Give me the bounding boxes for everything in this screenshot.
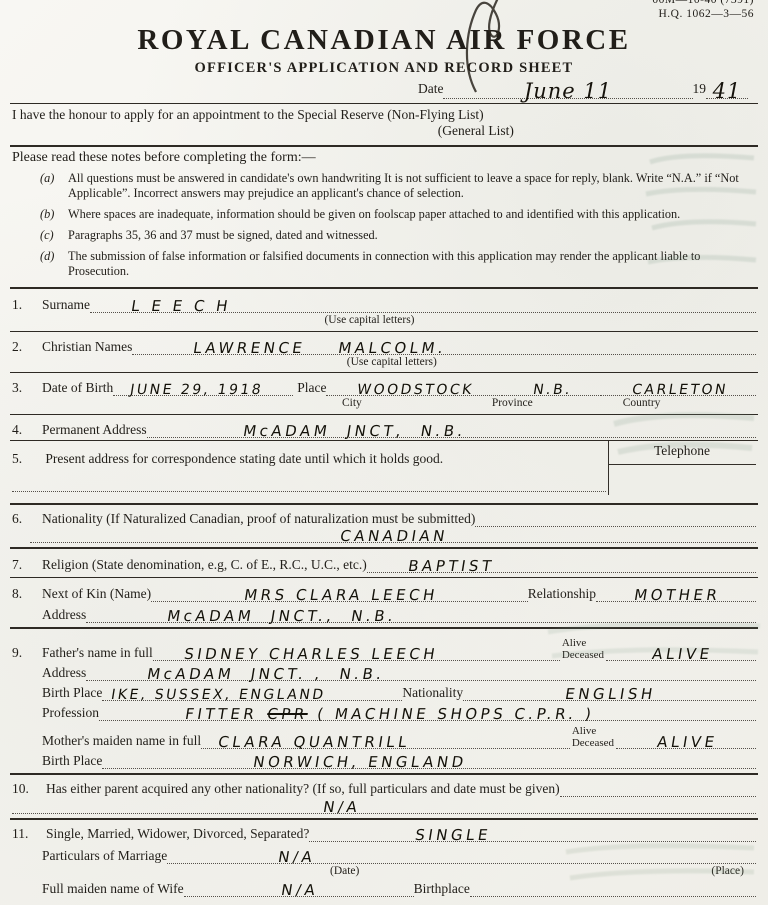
- field-fathers-name-label: Father's name in full: [42, 645, 153, 661]
- fathers-address-label: Address: [42, 665, 86, 681]
- field-christian-names-hint-row: (Use capital letters): [0, 356, 768, 369]
- fathers-profession-line: FITTER CPR ( MACHINE SHOPS C.P.R. ): [99, 707, 756, 721]
- country-sublabel: Country: [623, 397, 661, 410]
- field-date-of-birth: 3. Date of Birth JUNE 29, 1918 Place WOO…: [0, 380, 768, 396]
- wife-maiden-name-label: Full maiden name of Wife: [42, 881, 184, 897]
- note-d: (d) The submission of false information …: [0, 249, 768, 280]
- field-marital-status-number: 11.: [12, 826, 46, 842]
- next-of-kin-address-handwritten-value: McADAM JNCT., N.B.: [166, 609, 397, 624]
- fathers-nationality-line: ENGLISH: [463, 687, 756, 701]
- alive-label: Alive: [562, 637, 604, 649]
- year-prefix: 19: [693, 81, 707, 99]
- next-of-kin-address-label: Address: [42, 607, 86, 623]
- field-other-nationality-number: 10.: [12, 781, 46, 797]
- marriage-particulars-handwritten-value: N/A: [277, 850, 316, 865]
- field-surname-hint-row: (Use capital letters): [0, 314, 768, 327]
- capital-letters-hint: (Use capital letters): [324, 314, 414, 327]
- marriage-date-sublabel: (Date): [330, 865, 359, 878]
- relationship-label: Relationship: [528, 586, 596, 602]
- present-address-answer-line: [12, 491, 606, 492]
- field-christian-names-label: Christian Names: [42, 339, 132, 355]
- marriage-particulars-line: N/A: [167, 850, 756, 864]
- field-permanent-address-line: McADAM JNCT, N.B.: [147, 424, 756, 438]
- deceased-label: Deceased: [562, 649, 604, 661]
- field-permanent-address-label: Permanent Address: [42, 422, 147, 438]
- field-dob-label: Date of Birth: [42, 380, 113, 396]
- field-christian-names: 2. Christian Names LAWRENCE MALCOLM.: [0, 339, 768, 355]
- fathers-birthplace-line: IKE, SUSSEX, ENGLAND: [102, 688, 402, 701]
- field-dob-place-label: Place: [293, 380, 326, 396]
- mothers-maiden-name-label: Mother's maiden name in full: [42, 733, 201, 749]
- field-dob-line: JUNE 29, 1918: [113, 383, 293, 396]
- alive-label: Alive: [572, 725, 614, 737]
- marriage-sublabels: (Date) (Place): [0, 865, 768, 878]
- wife-maiden-name-line: N/A: [184, 883, 414, 897]
- form-reference-numbers: 00M—10-40 (7391) H.Q. 1062—3—56: [0, 0, 768, 22]
- field-dob-country-line: CARLETON: [601, 383, 756, 396]
- field-dob-province-line: N.B.: [502, 383, 600, 396]
- fathers-nationality-handwritten-value: ENGLISH: [564, 687, 657, 702]
- province-sublabel: Province: [492, 397, 533, 410]
- marriage-place-sublabel: (Place): [711, 865, 744, 878]
- permanent-address-handwritten-value: McADAM JNCT, N.B.: [242, 424, 467, 439]
- profession-handwritten-value: FITTER: [184, 707, 258, 722]
- telephone-line: [609, 464, 756, 465]
- hq-file-number: H.Q. 1062—3—56: [659, 8, 755, 20]
- next-of-kin-handwritten-value: MRS CLARA LEECH: [243, 588, 439, 603]
- religion-handwritten-value: BAPTIST: [407, 559, 496, 574]
- wife-birthplace-label: Birthplace: [414, 881, 470, 897]
- mothers-maiden-name-line: CLARA QUANTRILL: [201, 735, 570, 749]
- mother-alive-line: ALIVE: [616, 735, 756, 749]
- general-list-note: (General List): [438, 123, 768, 141]
- profession-struck-word: CPR: [266, 707, 309, 722]
- field-fathers-birthplace: Birth Place IKE, SUSSEX, ENGLAND Nationa…: [0, 685, 768, 701]
- field-surname-number: 1.: [12, 297, 42, 313]
- field-fathers-profession: Profession FITTER CPR ( MACHINE SHOPS C.…: [0, 705, 768, 721]
- note-a-text: All questions must be answered in candid…: [68, 171, 752, 202]
- marital-status-line: SINGLE: [309, 828, 756, 842]
- field-dob-city-line: WOODSTOCK: [326, 383, 502, 396]
- mother-alive-handwritten-value: ALIVE: [656, 735, 719, 750]
- fathers-birthplace-handwritten-value: IKE, SUSSEX, ENGLAND: [110, 688, 327, 702]
- field-nationality: 6. Nationality (If Naturalized Canadian,…: [0, 511, 768, 527]
- field-next-of-kin-line: MRS CLARA LEECH: [151, 588, 528, 602]
- capital-letters-hint: (Use capital letters): [347, 356, 437, 369]
- christian-names-handwritten-value: LAWRENCE MALCOLM.: [192, 341, 447, 356]
- dob-country-handwritten-value: CARLETON: [631, 383, 729, 397]
- marriage-particulars-label: Particulars of Marriage: [42, 848, 167, 864]
- field-marriage-particulars: Particulars of Marriage N/A: [0, 848, 768, 864]
- mothers-birthplace-handwritten-value: NORWICH, ENGLAND: [252, 755, 468, 770]
- field-next-of-kin-address: Address McADAM JNCT., N.B.: [0, 607, 768, 623]
- field-religion-line: BAPTIST: [367, 559, 756, 573]
- field-fathers-name-number: 9.: [12, 645, 42, 661]
- date-field: June 11: [443, 81, 692, 99]
- field-nationality-answer-row: CANADIAN: [0, 529, 768, 543]
- next-of-kin-address-line: McADAM JNCT., N.B.: [86, 609, 756, 623]
- year-field: 41: [706, 81, 748, 99]
- application-statement: I have the honour to apply for an appoin…: [0, 104, 768, 123]
- telephone-box-divider: [608, 441, 609, 495]
- field-wife-maiden-name: Full maiden name of Wife N/A Birthplace: [0, 881, 768, 897]
- alive-deceased-label: Alive Deceased: [560, 637, 606, 661]
- other-nationality-line: N/A: [12, 800, 756, 814]
- father-alive-line: ALIVE: [606, 647, 756, 661]
- field-surname-line: L E E C H: [90, 299, 756, 313]
- field-other-nationality-trailing-dots: [560, 796, 756, 797]
- date-handwritten-value: June 11: [524, 81, 612, 102]
- dob-handwritten-value: JUNE 29, 1918: [129, 383, 264, 397]
- note-b-label: (b): [40, 207, 68, 223]
- field-marital-status: 11. Single, Married, Widower, Divorced, …: [0, 826, 768, 842]
- marital-status-handwritten-value: SINGLE: [414, 828, 492, 843]
- field-christian-names-line: LAWRENCE MALCOLM.: [132, 341, 756, 355]
- field-nationality-number: 6.: [12, 511, 42, 527]
- field-fathers-address: Address McADAM JNCT. , N.B.: [0, 665, 768, 681]
- note-a: (a) All questions must be answered in ca…: [0, 171, 768, 202]
- fathers-birthplace-label: Birth Place: [42, 685, 102, 701]
- field-next-of-kin: 8. Next of Kin (Name) MRS CLARA LEECH Re…: [0, 586, 768, 602]
- note-a-label: (a): [40, 171, 68, 202]
- field-other-nationality: 10. Has either parent acquired any other…: [0, 781, 768, 797]
- field-present-address-number: 5.: [12, 451, 42, 467]
- field-mothers-maiden-name: Mother's maiden name in full CLARA QUANT…: [0, 725, 768, 749]
- year-handwritten-value: 41: [713, 81, 742, 102]
- deceased-label: Deceased: [572, 737, 614, 749]
- dob-city-handwritten-value: WOODSTOCK: [356, 383, 475, 397]
- field-present-address-row: 5. Present address for correspondence st…: [12, 451, 572, 467]
- relationship-line: MOTHER: [596, 588, 756, 602]
- field-present-address: 5. Present address for correspondence st…: [0, 441, 768, 499]
- field-surname: 1. Surname L E E C H: [0, 297, 768, 313]
- date-label: Date: [418, 81, 443, 99]
- field-dob-sublabels: City Province Country: [0, 397, 768, 410]
- nationality-handwritten-value: CANADIAN: [339, 529, 449, 544]
- fathers-profession-label: Profession: [42, 705, 99, 721]
- other-nationality-handwritten-value: N/A: [322, 800, 361, 815]
- field-nationality-trailing-dots: [475, 526, 756, 527]
- date-row: Date June 11 19 41: [418, 81, 748, 99]
- field-religion: 7. Religion (State denomination, e.g, C.…: [0, 557, 768, 573]
- fathers-address-handwritten-value: McADAM JNCT. , N.B.: [146, 667, 386, 682]
- note-b-text: Where spaces are inadequate, information…: [68, 207, 680, 223]
- profession-detail-handwritten-value: ( MACHINE SHOPS C.P.R. ): [316, 707, 596, 722]
- fathers-address-line: McADAM JNCT. , N.B.: [86, 667, 756, 681]
- dob-province-handwritten-value: N.B.: [532, 383, 573, 397]
- field-christian-names-number: 2.: [12, 339, 42, 355]
- mothers-birthplace-line: NORWICH, ENGLAND: [102, 755, 756, 769]
- field-fathers-name: 9. Father's name in full SIDNEY CHARLES …: [0, 637, 768, 661]
- note-d-text: The submission of false information or f…: [68, 249, 752, 280]
- note-d-label: (d): [40, 249, 68, 280]
- field-permanent-address-number: 4.: [12, 422, 42, 438]
- note-c-label: (c): [40, 228, 68, 244]
- city-sublabel: City: [342, 397, 362, 410]
- form-number: 00M—10-40 (7391): [0, 0, 754, 7]
- field-dob-number: 3.: [12, 380, 42, 396]
- mothers-birthplace-label: Birth Place: [42, 753, 102, 769]
- note-c: (c) Paragraphs 35, 36 and 37 must be sig…: [0, 228, 768, 244]
- fathers-name-line: SIDNEY CHARLES LEECH: [153, 647, 560, 661]
- field-religion-label: Religion (State denomination, e.g, C. of…: [42, 557, 367, 573]
- wife-maiden-name-handwritten-value: N/A: [280, 883, 319, 898]
- field-nationality-line: CANADIAN: [30, 529, 756, 543]
- field-next-of-kin-number: 8.: [12, 586, 42, 602]
- fathers-name-handwritten-value: SIDNEY CHARLES LEECH: [183, 647, 439, 662]
- field-mothers-birthplace: Birth Place NORWICH, ENGLAND: [0, 753, 768, 769]
- form-title: ROYAL CANADIAN AIR FORCE: [0, 24, 768, 57]
- field-permanent-address: 4. Permanent Address McADAM JNCT, N.B.: [0, 422, 768, 438]
- field-next-of-kin-label: Next of Kin (Name): [42, 586, 151, 602]
- field-other-nationality-answer-row: N/A: [0, 800, 768, 814]
- surname-handwritten-value: L E E C H: [130, 299, 232, 314]
- father-alive-handwritten-value: ALIVE: [651, 647, 714, 662]
- field-marital-status-label: Single, Married, Widower, Divorced, Sepa…: [46, 826, 309, 842]
- notes-heading: Please read these notes before completin…: [0, 147, 768, 166]
- note-b: (b) Where spaces are inadequate, informa…: [0, 207, 768, 223]
- note-c-text: Paragraphs 35, 36 and 37 must be signed,…: [68, 228, 378, 244]
- field-present-address-label: Present address for correspondence stati…: [45, 451, 443, 466]
- field-religion-number: 7.: [12, 557, 42, 573]
- rcaf-application-form: 00M—10-40 (7391) H.Q. 1062—3—56 ROYAL CA…: [0, 0, 768, 905]
- field-surname-label: Surname: [42, 297, 90, 313]
- mothers-maiden-name-handwritten-value: CLARA QUANTRILL: [217, 735, 411, 750]
- form-subtitle: OFFICER'S APPLICATION AND RECORD SHEET: [0, 60, 768, 77]
- alive-deceased-label: Alive Deceased: [570, 725, 616, 749]
- field-other-nationality-label: Has either parent acquired any other nat…: [46, 781, 560, 797]
- relationship-handwritten-value: MOTHER: [633, 588, 721, 603]
- fathers-nationality-label: Nationality: [402, 685, 463, 701]
- field-nationality-label: Nationality (If Naturalized Canadian, pr…: [42, 511, 475, 527]
- telephone-label: Telephone: [612, 443, 752, 459]
- wife-birthplace-line: [470, 896, 756, 897]
